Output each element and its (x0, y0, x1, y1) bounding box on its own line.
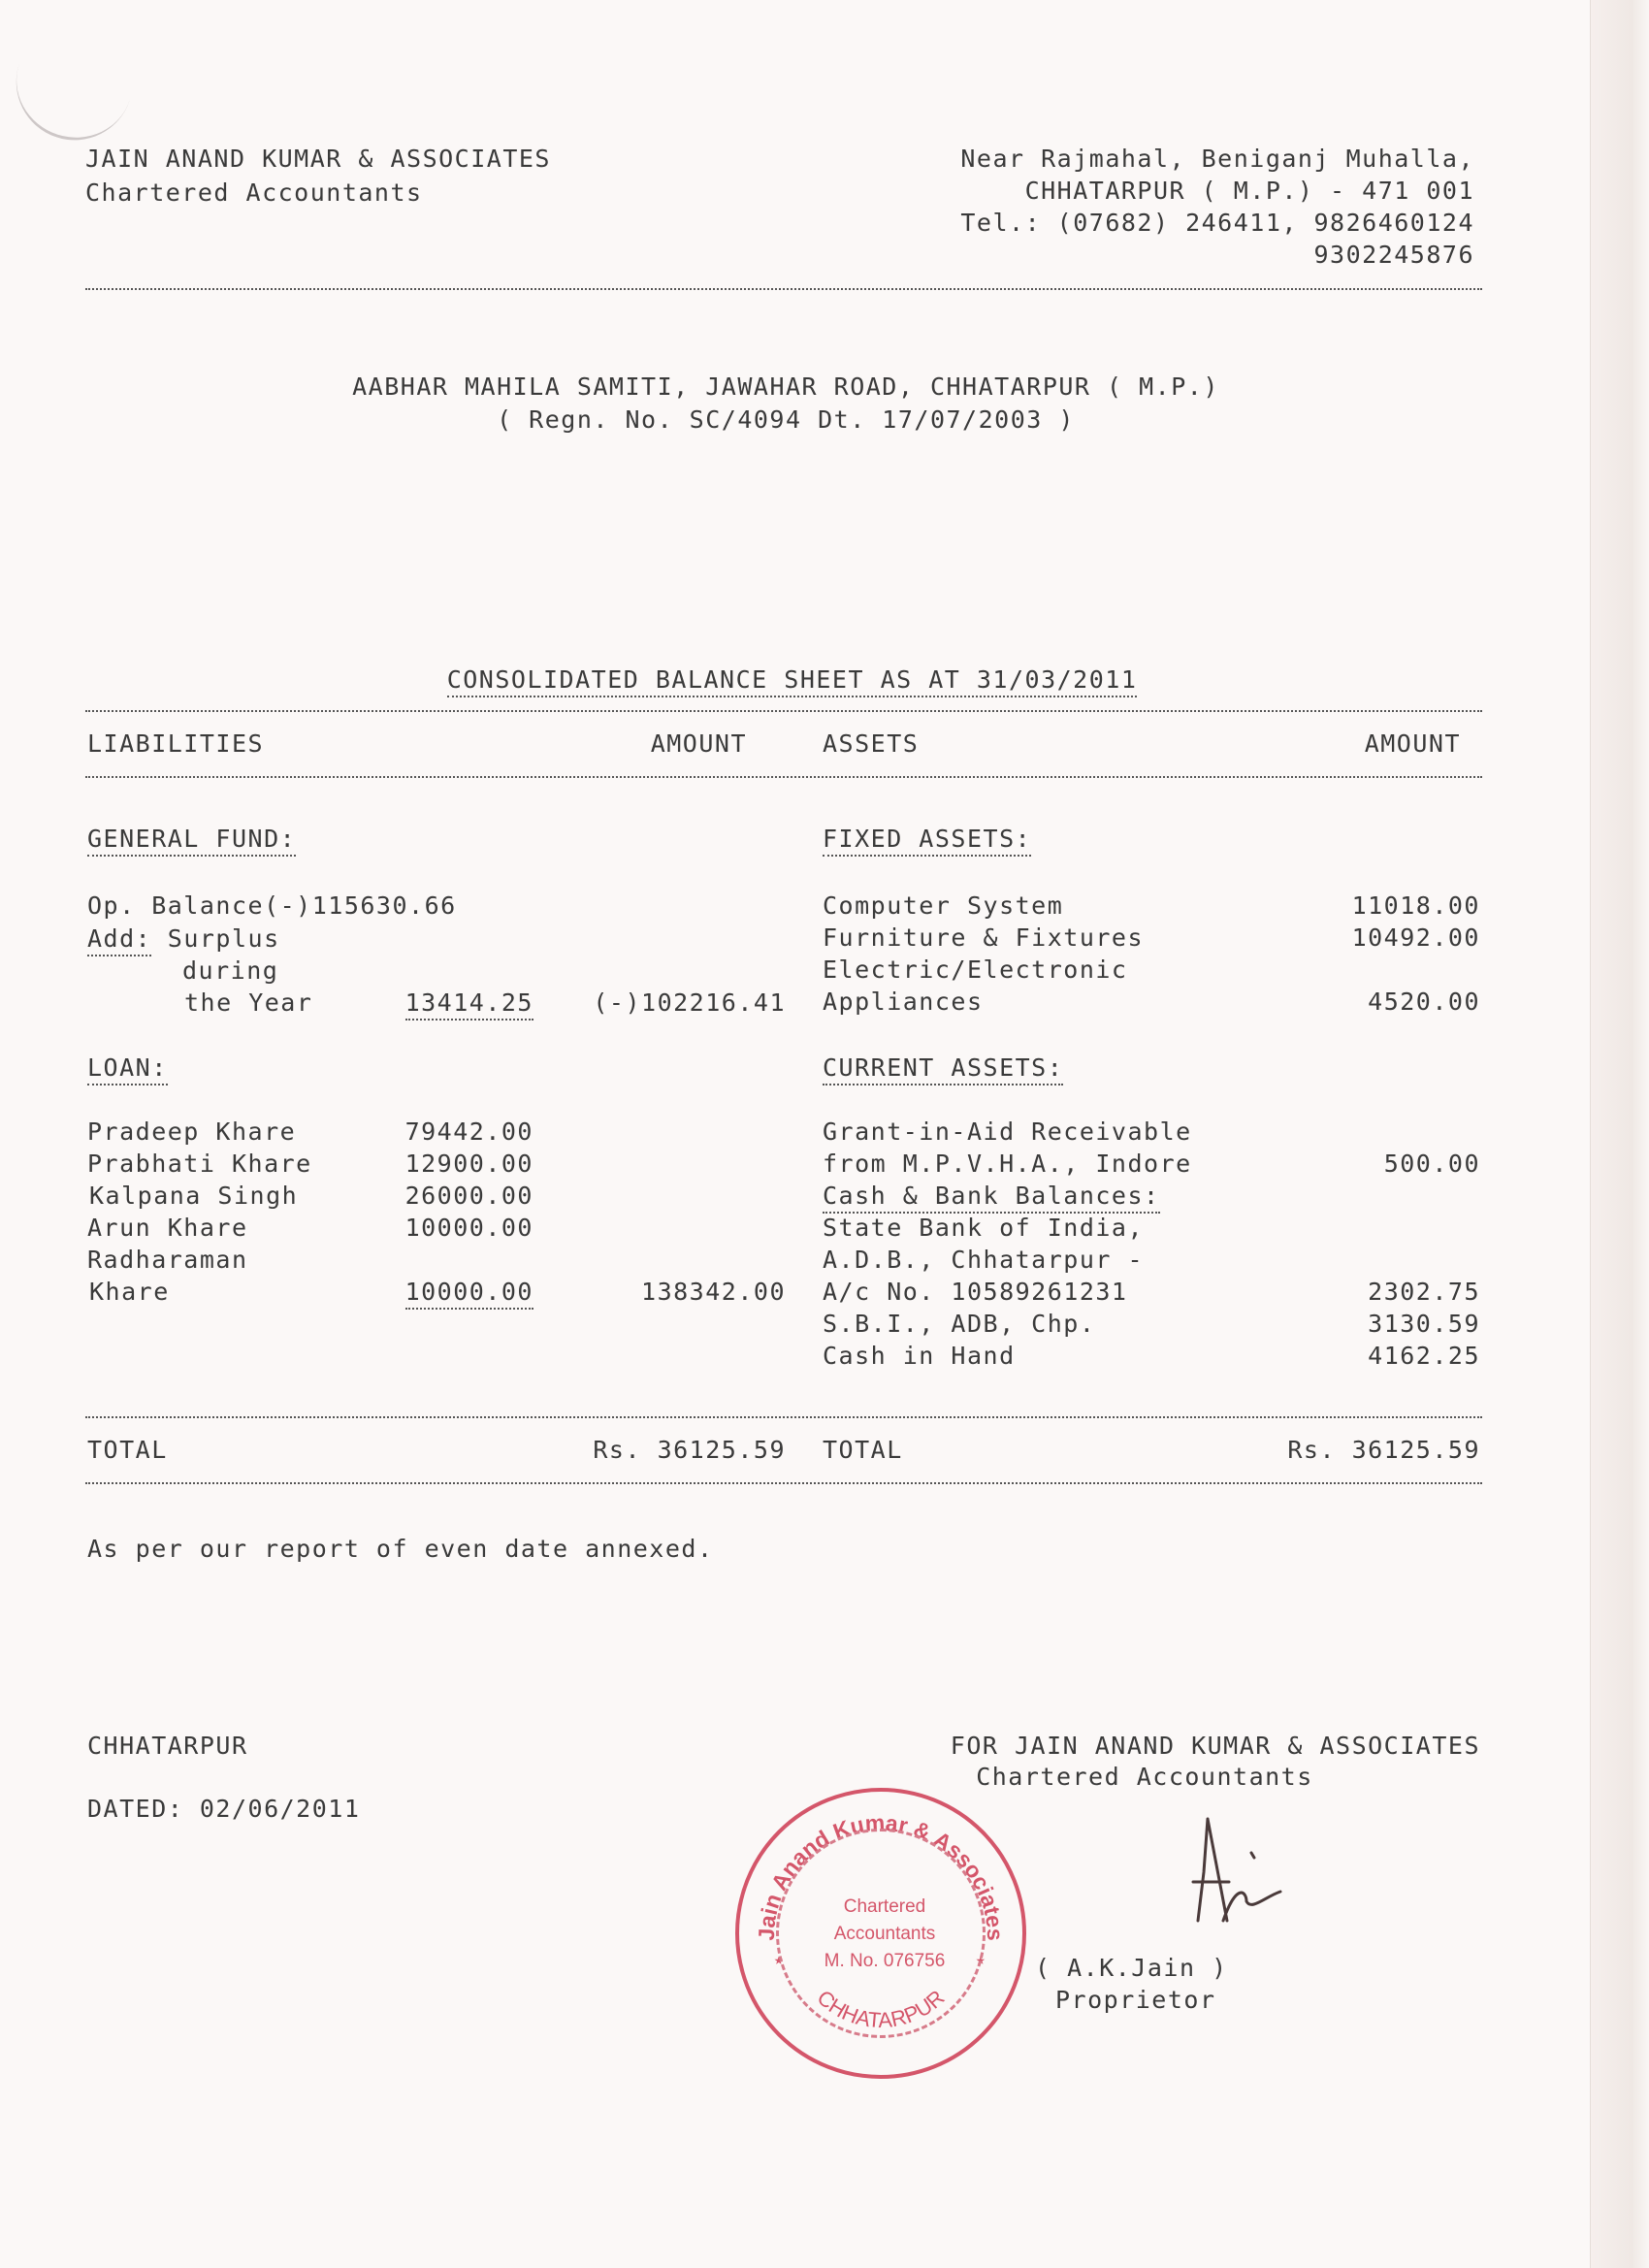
firm-subtitle: Chartered Accountants (85, 177, 423, 210)
asset-name: Appliances (823, 986, 984, 1019)
asset-name: State Bank of India, (823, 1212, 1144, 1245)
asset-name: Electric/Electronic (823, 954, 1127, 987)
surplus-value: 13414.25 (349, 987, 533, 1020)
table-header-divider (85, 776, 1482, 778)
grant-line2: from M.P.V.H.A., Indore (823, 1148, 1192, 1181)
client-name: AABHAR MAHILA SAMITI, JAWAHAR ROAD, CHHA… (0, 371, 1571, 404)
report-note: As per our report of even date annexed. (87, 1533, 714, 1566)
op-balance-row: Op. Balance(-)115630.66 (87, 890, 457, 923)
asset-name: A/c No. 10589261231 (823, 1276, 1127, 1309)
general-fund-total: (-)102216.41 (543, 987, 786, 1020)
assets-total-label: TOTAL (823, 1434, 903, 1467)
fixed-assets-heading: FIXED ASSETS: (823, 823, 1031, 856)
add-label: Add: (87, 924, 151, 956)
header-amount-right: AMOUNT (1261, 728, 1461, 761)
grant-line1: Grant-in-Aid Receivable (823, 1116, 1192, 1149)
firm-phone-line1: Tel.: (07682) 246411, 9826460124 (737, 207, 1474, 240)
asset-amount: 4520.00 (1261, 986, 1480, 1019)
asset-amount: 3130.59 (1261, 1308, 1480, 1341)
firm-name: JAIN ANAND KUMAR & ASSOCIATES (85, 143, 551, 176)
signatory-name: ( A.K.Jain ) (1035, 1952, 1228, 1985)
asset-name: Computer System (823, 890, 1063, 923)
general-fund-heading: GENERAL FUND: (87, 823, 296, 856)
grant-amount: 500.00 (1261, 1148, 1480, 1181)
firm-address-line1: Near Rajmahal, Beniganj Muhalla, (737, 143, 1474, 176)
loan-name: Radharaman (87, 1244, 248, 1277)
op-balance-value: (-)115630.66 (264, 891, 457, 920)
table-top-divider (85, 710, 1482, 712)
asset-amount: 4162.25 (1261, 1340, 1480, 1373)
ink-smudge (1, 61, 131, 155)
client-registration: ( Regn. No. SC/4094 Dt. 17/07/2003 ) (0, 404, 1571, 437)
cash-bank-heading: Cash & Bank Balances: (823, 1180, 1160, 1213)
asset-name: Cash in Hand (823, 1340, 1016, 1373)
stamp-line3: M. No. 076756 (739, 1951, 1030, 1972)
signatory-designation: Proprietor (1055, 1984, 1216, 2017)
stamp-line2: Accountants (739, 1924, 1030, 1945)
for-firm-subtitle: Chartered Accountants (892, 1761, 1397, 1794)
asset-name: S.B.I., ADB, Chp. (823, 1308, 1095, 1341)
asset-amount: 2302.75 (1261, 1276, 1480, 1309)
surplus-line2: during (182, 955, 278, 988)
loan-name: Arun Khare (87, 1212, 248, 1245)
liabilities-total-label: TOTAL (87, 1434, 168, 1467)
loan-name: Prabhati Khare (87, 1148, 312, 1181)
loan-amount: 26000.00 (349, 1180, 533, 1213)
signature-icon (1169, 1814, 1285, 1950)
liabilities-total-value: Rs. 36125.59 (485, 1434, 786, 1467)
document-title: CONSOLIDATED BALANCE SHEET AS AT 31/03/2… (0, 631, 1552, 697)
loan-name: Khare (89, 1276, 170, 1309)
for-firm: FOR JAIN ANAND KUMAR & ASSOCIATES (737, 1730, 1480, 1763)
firm-phone-line2: 9302245876 (737, 239, 1474, 272)
loan-name: Kalpana Singh (89, 1180, 298, 1213)
loan-total: 138342.00 (543, 1276, 786, 1309)
firm-address-line2: CHHATARPUR ( M.P.) - 471 001 (737, 175, 1474, 208)
assets-total-value: Rs. 36125.59 (1183, 1434, 1480, 1467)
loan-heading: LOAN: (87, 1052, 168, 1085)
stamp-line1: Chartered (739, 1896, 1030, 1918)
paper-edge (1590, 0, 1649, 2268)
loan-amount: 79442.00 (349, 1116, 533, 1149)
header-amount-left: AMOUNT (543, 728, 747, 761)
loan-amount: 12900.00 (349, 1148, 533, 1181)
header-divider (85, 288, 1482, 290)
asset-amount: 11018.00 (1261, 890, 1480, 923)
loan-name: Pradeep Khare (87, 1116, 296, 1149)
firm-seal-stamp: Jain Anand Kumar & Associates CHHATARPUR… (735, 1788, 1026, 2079)
asset-amount: 10492.00 (1261, 922, 1480, 955)
header-liabilities: LIABILITIES (87, 728, 264, 761)
dated: DATED: 02/06/2011 (87, 1793, 360, 1826)
totals-top-divider (85, 1416, 1482, 1418)
current-assets-heading: CURRENT ASSETS: (823, 1052, 1063, 1085)
asset-name: Furniture & Fixtures (823, 922, 1144, 955)
loan-amount: 10000.00 (349, 1212, 533, 1245)
surplus-line3: the Year (184, 987, 312, 1020)
header-assets: ASSETS (823, 728, 919, 761)
asset-name: A.D.B., Chhatarpur - (823, 1244, 1144, 1277)
totals-bottom-divider (85, 1482, 1482, 1484)
surplus-row: Add: Surplus (87, 923, 280, 956)
loan-amount: 10000.00 (349, 1276, 533, 1309)
place: CHHATARPUR (87, 1730, 248, 1763)
